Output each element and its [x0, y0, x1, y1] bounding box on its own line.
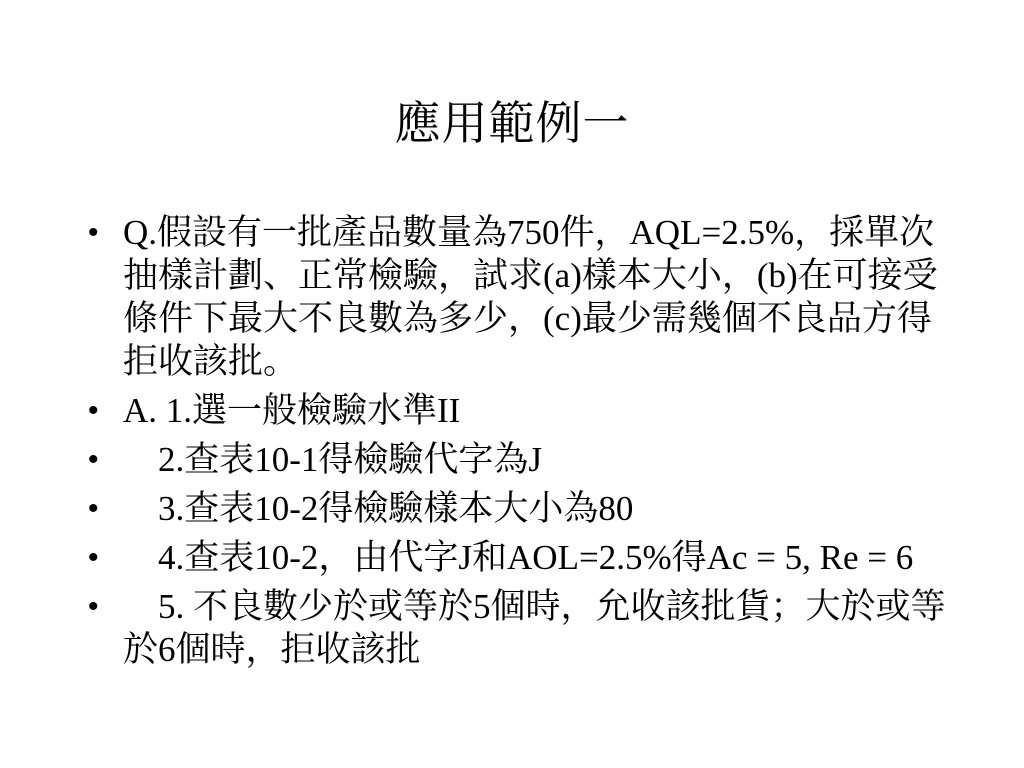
- bullet-text: 3.查表10-2得檢驗樣本大小為80: [123, 487, 960, 530]
- presentation-slide: 應用範例一 • Q.假設有一批產品數量為750件，AQL=2.5%，採單次抽樣計…: [0, 0, 1024, 768]
- bullet-text: 5. 不良數少於或等於5個時，允收該批貨；大於或等於6個時，拒收該批: [123, 585, 960, 671]
- bullet-item-answer-step-3: • 3.查表10-2得檢驗樣本大小為80: [88, 487, 960, 530]
- bullet-item-answer-step-5: • 5. 不良數少於或等於5個時，允收該批貨；大於或等於6個時，拒收該批: [88, 585, 960, 671]
- bullet-icon: •: [88, 438, 123, 481]
- bullet-text: 2.查表10-1得檢驗代字為J: [123, 438, 960, 481]
- bullet-text: A. 1.選一般檢驗水準II: [123, 389, 960, 432]
- bullet-icon: •: [88, 211, 123, 254]
- bullet-text: Q.假設有一批產品數量為750件，AQL=2.5%，採單次抽樣計劃、正常檢驗，試…: [123, 211, 960, 383]
- bullet-item-answer-step-1: • A. 1.選一般檢驗水準II: [88, 389, 960, 432]
- bullet-icon: •: [88, 487, 123, 530]
- bullet-text: 4.查表10-2，由代字J和AOL=2.5%得Ac = 5, Re = 6: [123, 536, 960, 579]
- bullet-icon: •: [88, 389, 123, 432]
- bullet-item-answer-step-4: • 4.查表10-2，由代字J和AOL=2.5%得Ac = 5, Re = 6: [88, 536, 960, 579]
- bullet-icon: •: [88, 585, 123, 628]
- bullet-icon: •: [88, 536, 123, 579]
- bullet-item-answer-step-2: • 2.查表10-1得檢驗代字為J: [88, 438, 960, 481]
- bullet-list: • Q.假設有一批產品數量為750件，AQL=2.5%，採單次抽樣計劃、正常檢驗…: [0, 211, 1024, 671]
- bullet-item-question: • Q.假設有一批產品數量為750件，AQL=2.5%，採單次抽樣計劃、正常檢驗…: [88, 211, 960, 383]
- slide-title: 應用範例一: [0, 0, 1024, 151]
